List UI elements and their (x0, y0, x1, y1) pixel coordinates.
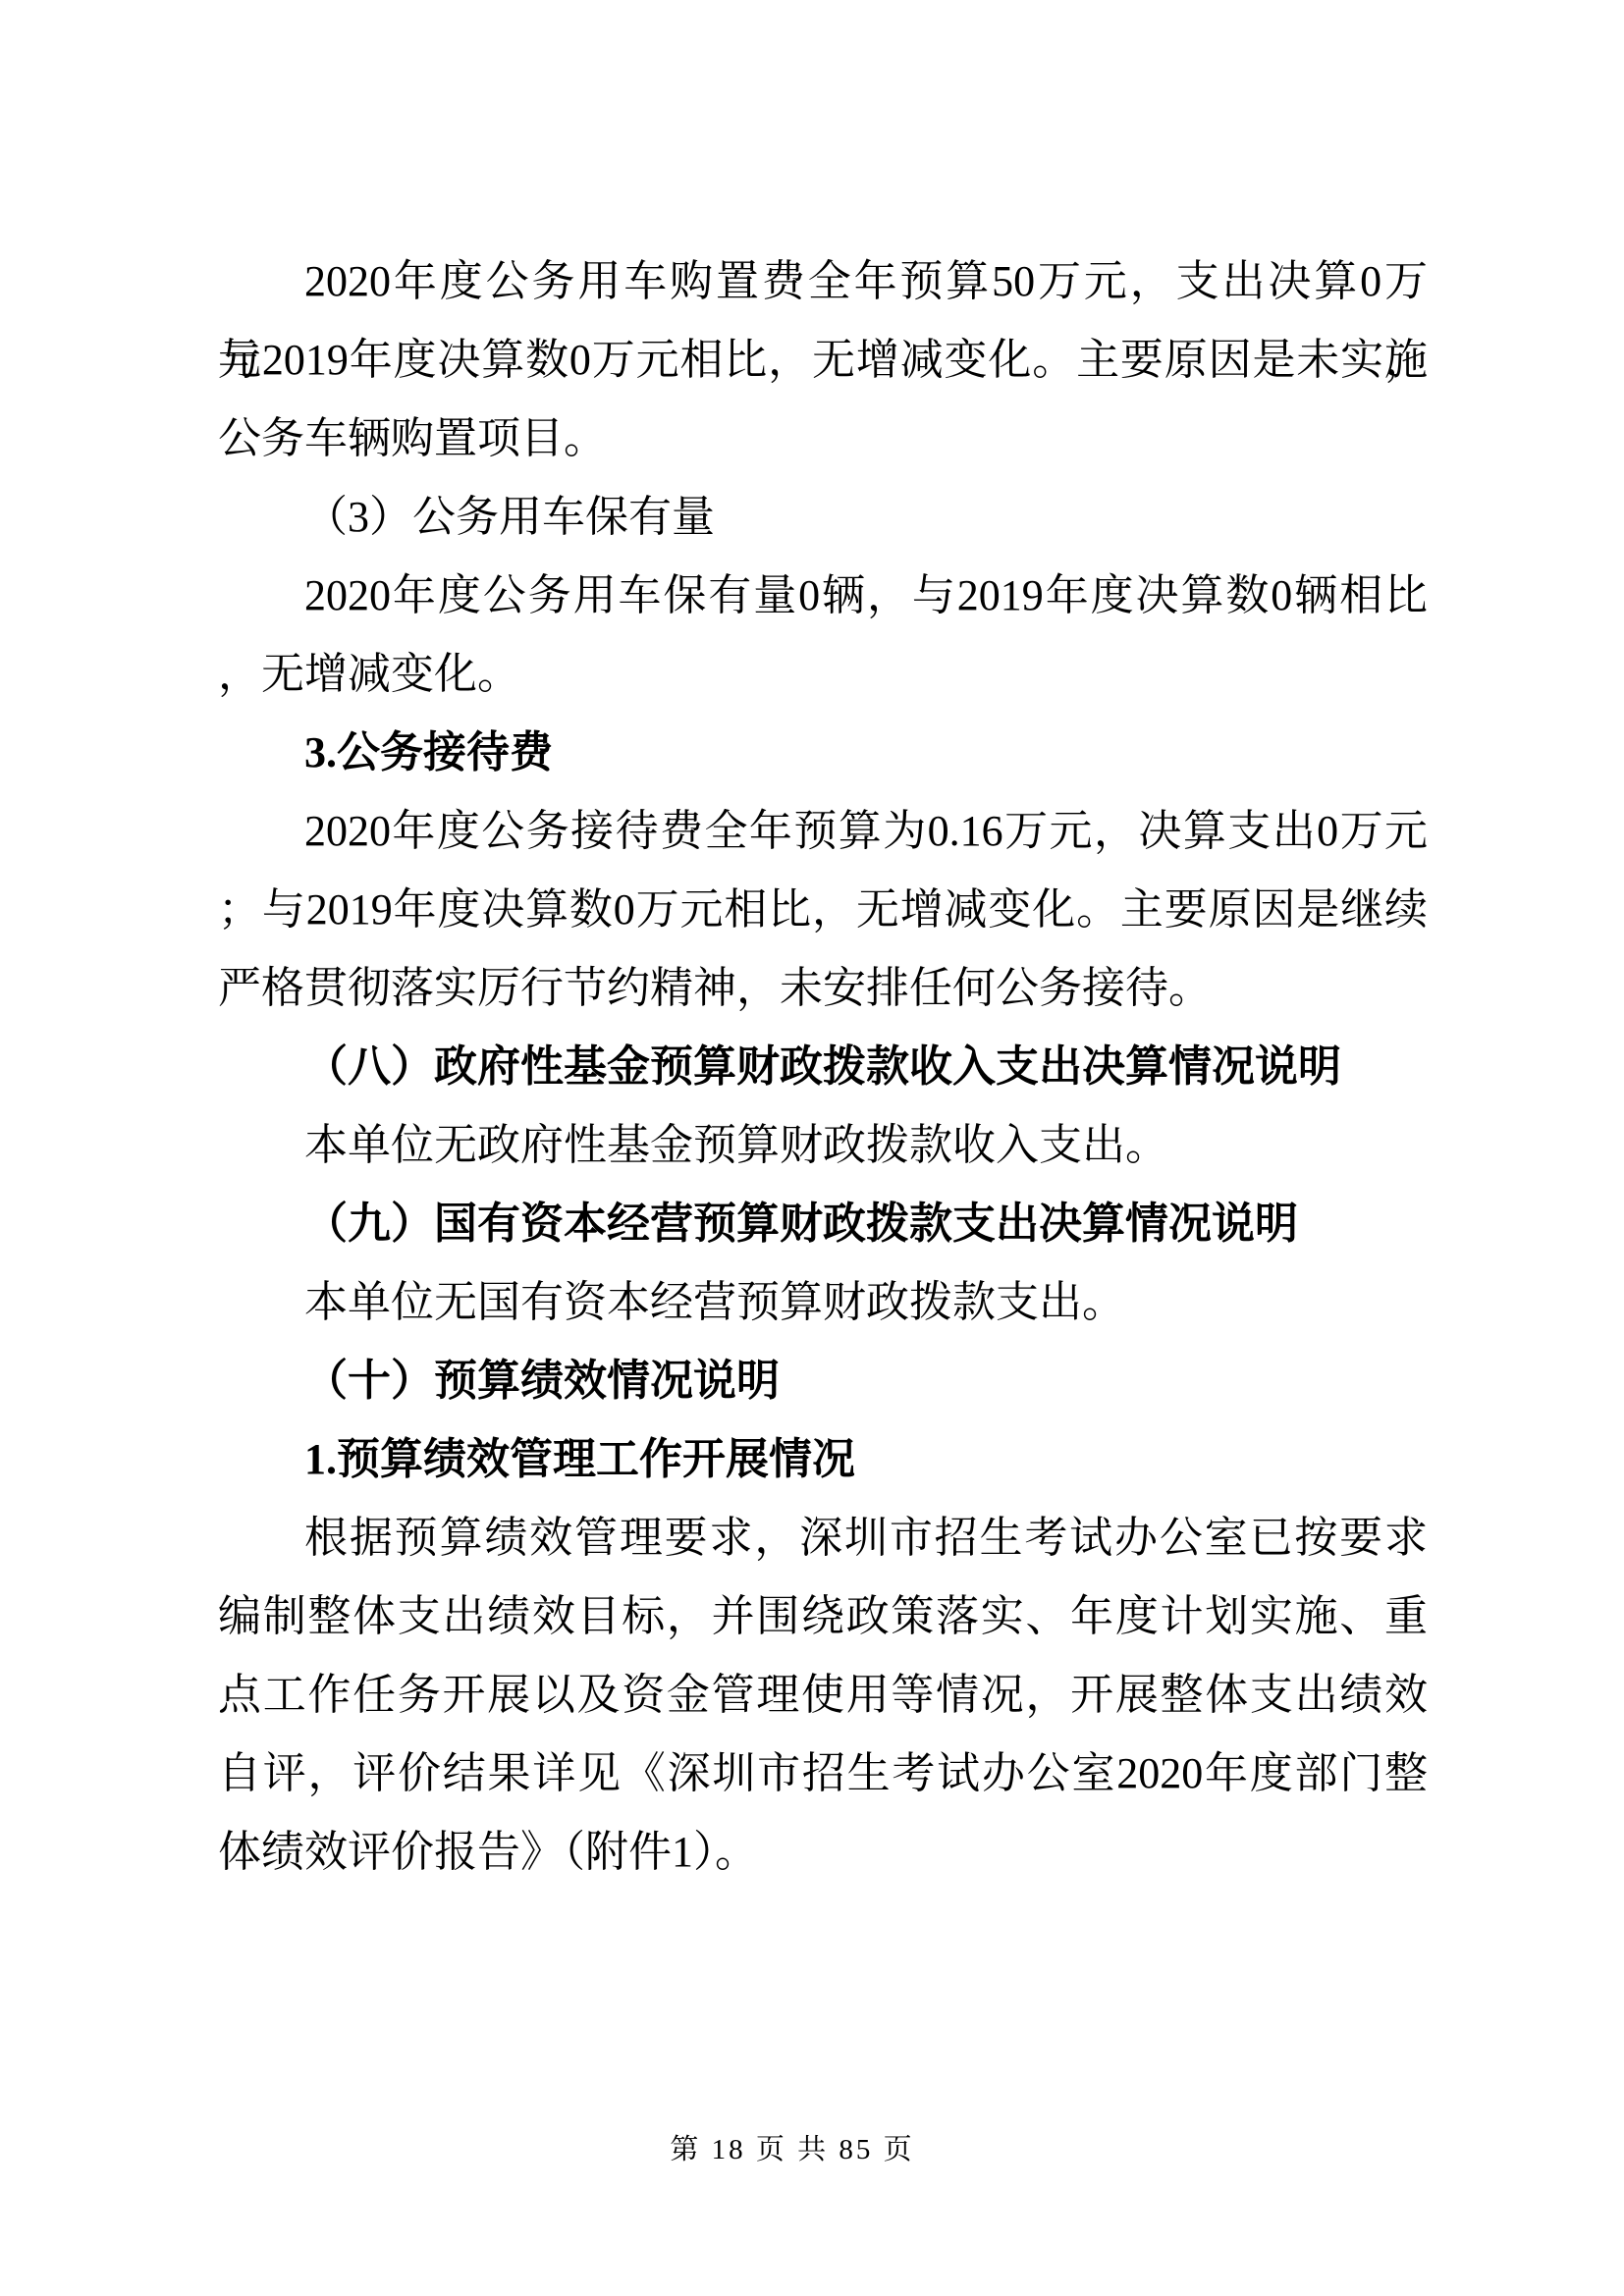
para-vehicle-holdings-line-2: ，无增减变化。 (218, 635, 1428, 714)
heading-state-capital-budget: （九）国有资本经营预算财政拨款支出决算情况说明 (218, 1185, 1428, 1263)
document-body: 2020年度公务用车购置费全年预算50万元，支出决算0万元， 与2019年度决算… (218, 242, 1428, 1892)
para-vehicle-purchase-line-3: 公务车辆购置项目。 (218, 400, 1428, 478)
para-reception-fee-line-2: ；与2019年度决算数0万元相比，无增减变化。主要原因是继续 (218, 871, 1428, 949)
para-govt-fund-budget: 本单位无政府性基金预算财政拨款收入支出。 (218, 1106, 1428, 1185)
para-performance-line-4: 自评，评价结果详见《深圳市招生考试办公室2020年度部门整 (218, 1735, 1428, 1813)
heading-budget-performance: （十）预算绩效情况说明 (218, 1342, 1428, 1420)
page-number: 第 18 页 共 85 页 (0, 2128, 1585, 2171)
heading-vehicle-holdings: （3）公务用车保有量 (218, 478, 1428, 557)
para-reception-fee-line-1: 2020年度公务接待费全年预算为0.16万元，决算支出0万元 (218, 792, 1428, 871)
para-reception-fee-line-3: 严格贯彻落实厉行节约精神，未安排任何公务接待。 (218, 949, 1428, 1028)
heading-govt-fund-budget: （八）政府性基金预算财政拨款收入支出决算情况说明 (218, 1028, 1428, 1106)
para-performance-line-5: 体绩效评价报告》（附件1）。 (218, 1813, 1428, 1892)
para-performance-line-3: 点工作任务开展以及资金管理使用等情况，开展整体支出绩效 (218, 1656, 1428, 1735)
para-vehicle-purchase-line-1: 2020年度公务用车购置费全年预算50万元，支出决算0万元， (218, 242, 1428, 321)
heading-performance-management: 1.预算绩效管理工作开展情况 (218, 1420, 1428, 1499)
para-performance-line-1: 根据预算绩效管理要求，深圳市招生考试办公室已按要求 (218, 1499, 1428, 1577)
heading-reception-fee: 3.公务接待费 (218, 714, 1428, 792)
document-page: 2020年度公务用车购置费全年预算50万元，支出决算0万元， 与2019年度决算… (0, 0, 1624, 2296)
para-vehicle-holdings-line-1: 2020年度公务用车保有量0辆，与2019年度决算数0辆相比 (218, 557, 1428, 635)
para-performance-line-2: 编制整体支出绩效目标，并围绕政策落实、年度计划实施、重 (218, 1577, 1428, 1656)
para-state-capital-budget: 本单位无国有资本经营预算财政拨款支出。 (218, 1263, 1428, 1342)
para-vehicle-purchase-line-2: 与2019年度决算数0万元相比，无增减变化。主要原因是未实施 (218, 321, 1428, 400)
